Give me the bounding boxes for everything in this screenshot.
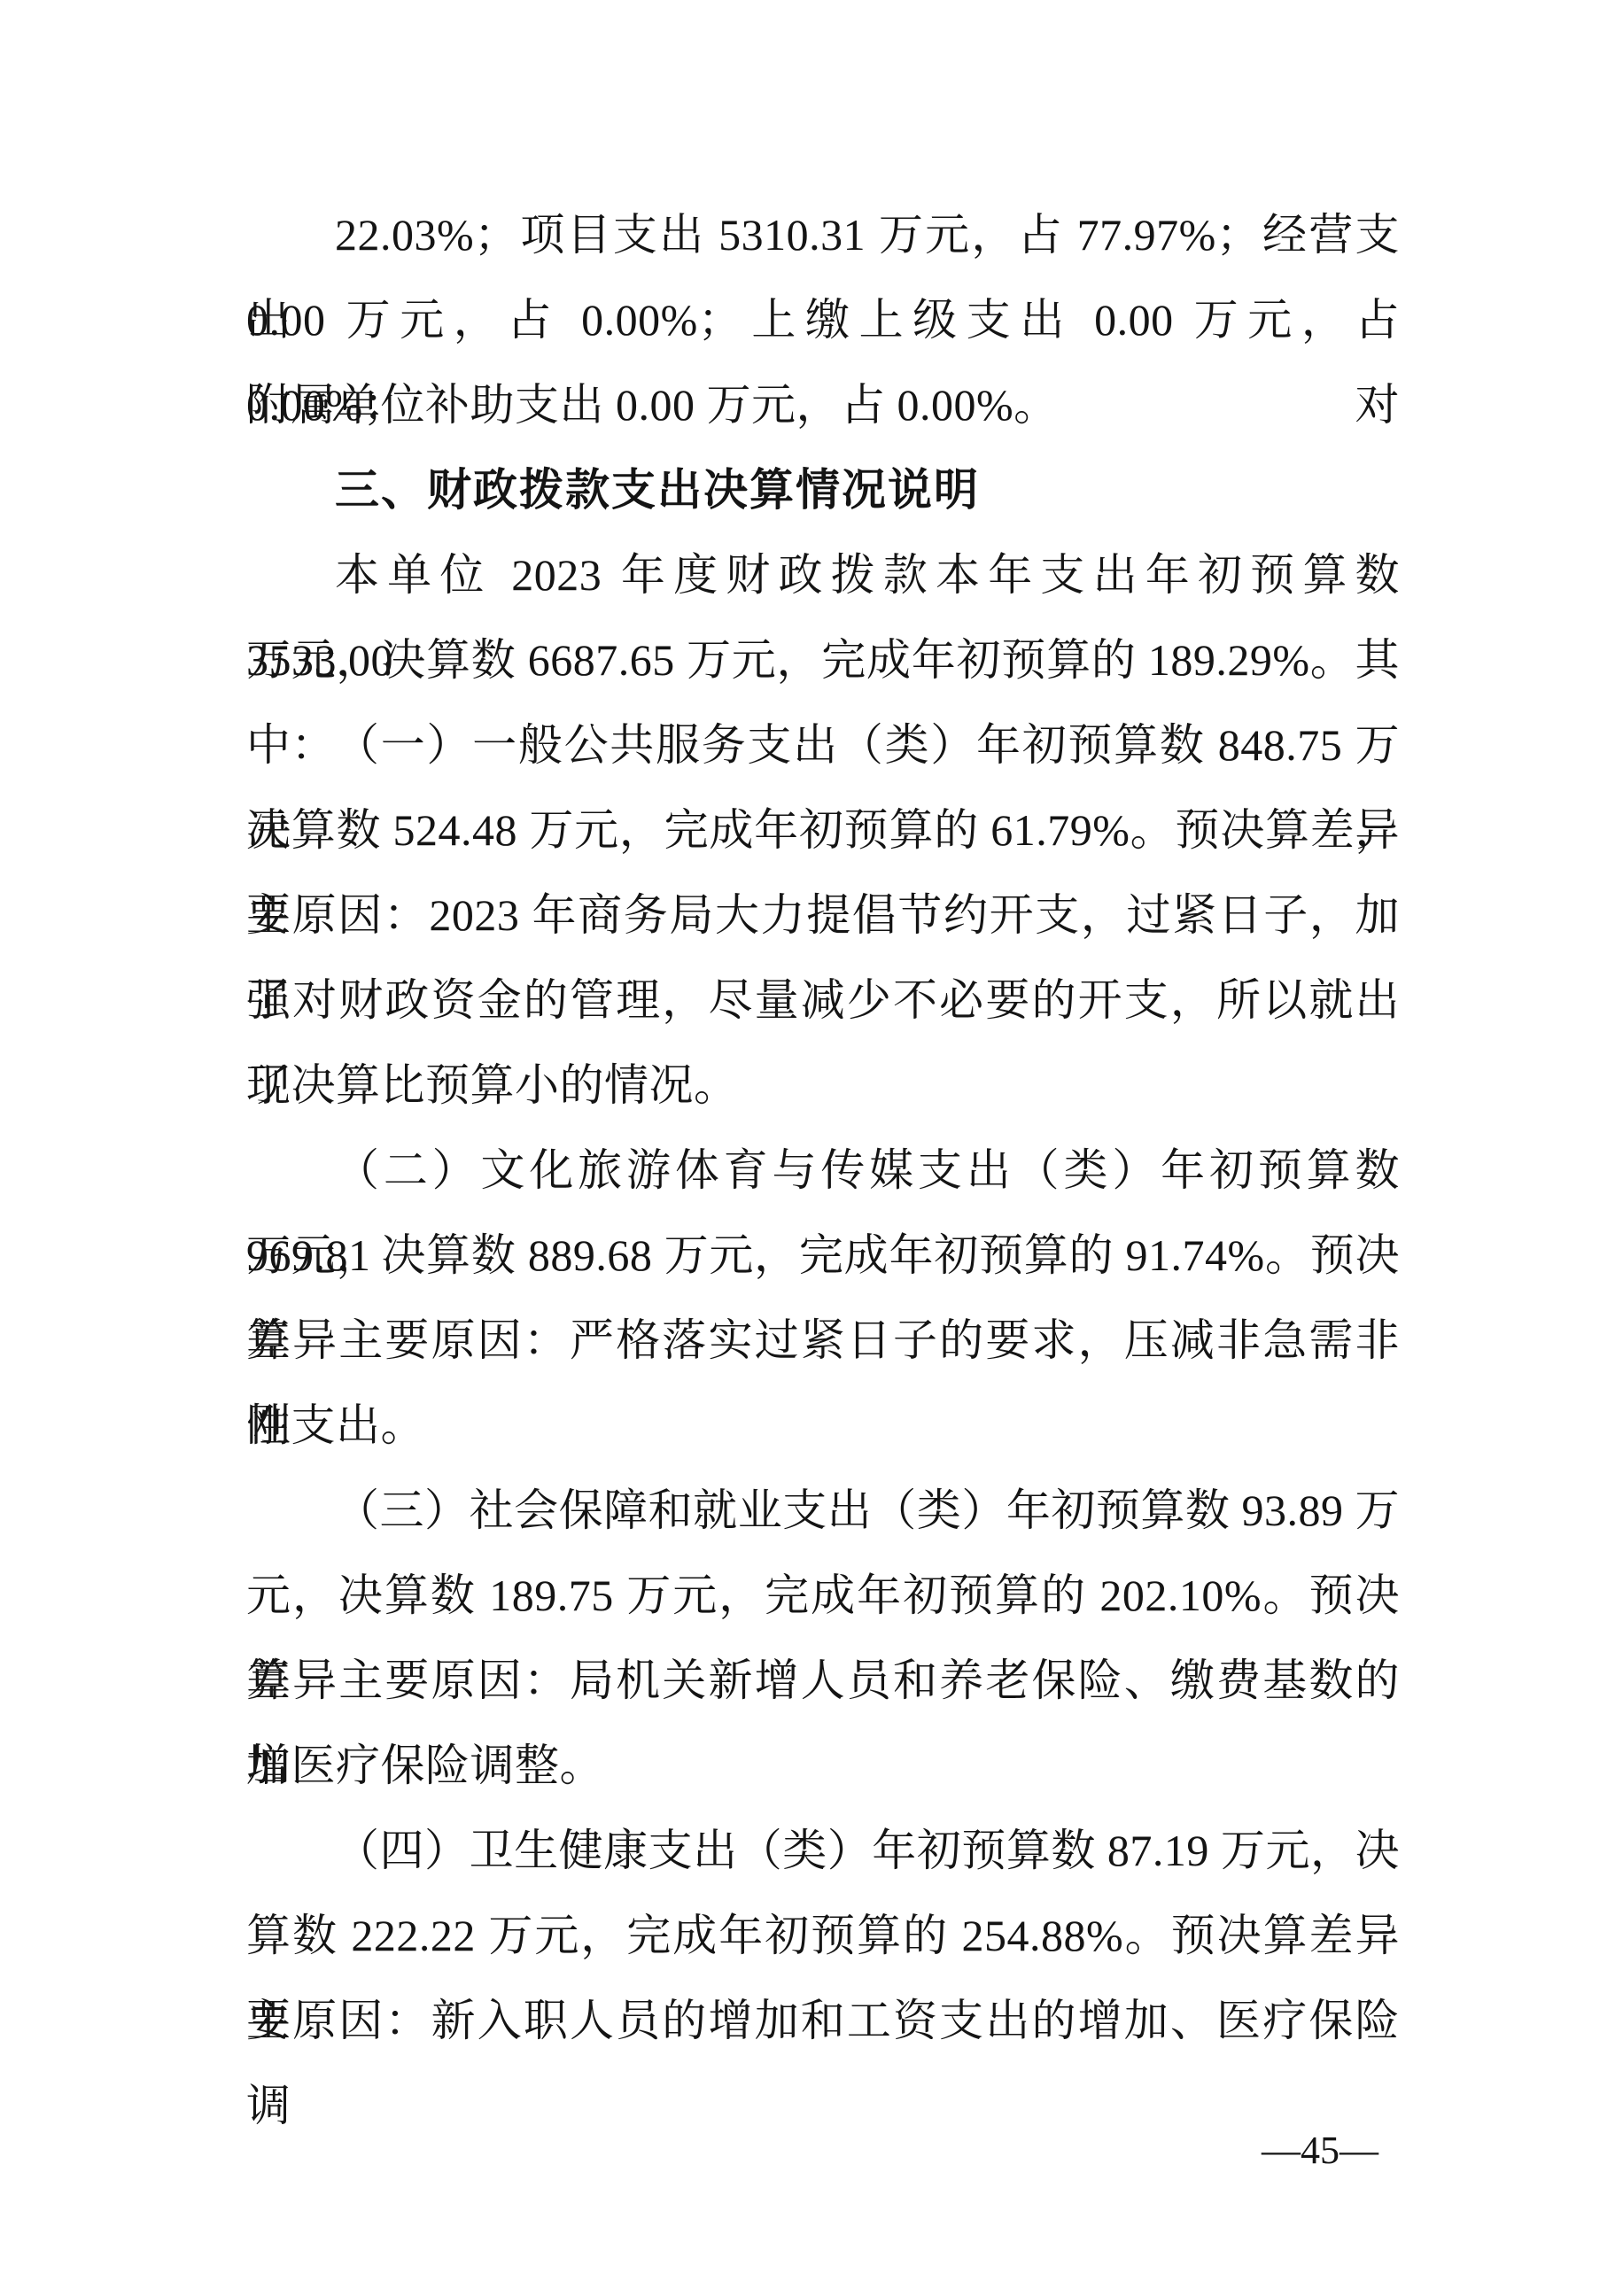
- document-page: 22.03%；项目支出 5310.31 万元，占 77.97%；经营支出 0.0…: [0, 0, 1623, 2296]
- text-line: 性支出。: [246, 1383, 1400, 1468]
- text-line: 万元，决算数 889.68 万元，完成年初预算的 91.74%。预决算: [246, 1213, 1400, 1298]
- text-line: 元，决算数 189.75 万元，完成年初预算的 202.10%。预决算: [246, 1553, 1400, 1638]
- text-line: （一）一般公共服务支出（类）年初预算数 848.75 万元，: [246, 702, 1400, 787]
- document-body: 22.03%；项目支出 5310.31 万元，占 77.97%；经营支出 0.0…: [246, 192, 1400, 2063]
- page-number: —45—: [1223, 2124, 1417, 2177]
- text-line: （四）卫生健康支出（类）年初预算数 87.19 万元，决: [246, 1808, 1400, 1893]
- text-line: 要原因：2023 年商务局大力提倡节约开支，过紧日子，加强: [246, 873, 1400, 958]
- text-line: 差异主要原因：严格落实过紧日子的要求，压减非急需非刚: [246, 1298, 1400, 1383]
- text-line: 0.00 万元，占 0.00%；上缴上级支出 0.00 万元，占 0.00%；对: [246, 277, 1400, 362]
- text-line: 了对财政资金的管理，尽量减少不必要的开支，所以就出现: [246, 958, 1400, 1043]
- text-line: 22.03%；项目支出 5310.31 万元，占 77.97%；经营支出: [246, 192, 1400, 277]
- text-line: 决算数 524.48 万元，完成年初预算的 61.79%。预决算差异主: [246, 787, 1400, 873]
- text-line: 要原因：新入职人员的增加和工资支出的增加、医疗保险调: [246, 1978, 1400, 2063]
- text-line: （三）社会保障和就业支出（类）年初预算数 93.89 万: [246, 1468, 1400, 1553]
- text-line: 加医疗保险调整。: [246, 1723, 1400, 1808]
- section-heading: 三、财政拨款支出决算情况说明: [246, 447, 1400, 532]
- text-line: 万元，决算数 6687.65 万元，完成年初预算的 189.29%。其中：: [246, 617, 1400, 702]
- text-line: （二）文化旅游体育与传媒支出（类）年初预算数 969.81: [246, 1128, 1400, 1213]
- text-line: 了决算比预算小的情况。: [246, 1043, 1400, 1128]
- text-line: 算数 222.22 万元，完成年初预算的 254.88%。预决算差异主: [246, 1893, 1400, 1978]
- text-line: 本单位 2023 年度财政拨款本年支出年初预算数 3533.00: [246, 532, 1400, 617]
- text-line: 差异主要原因：局机关新增人员和养老保险、缴费基数的增: [246, 1638, 1400, 1723]
